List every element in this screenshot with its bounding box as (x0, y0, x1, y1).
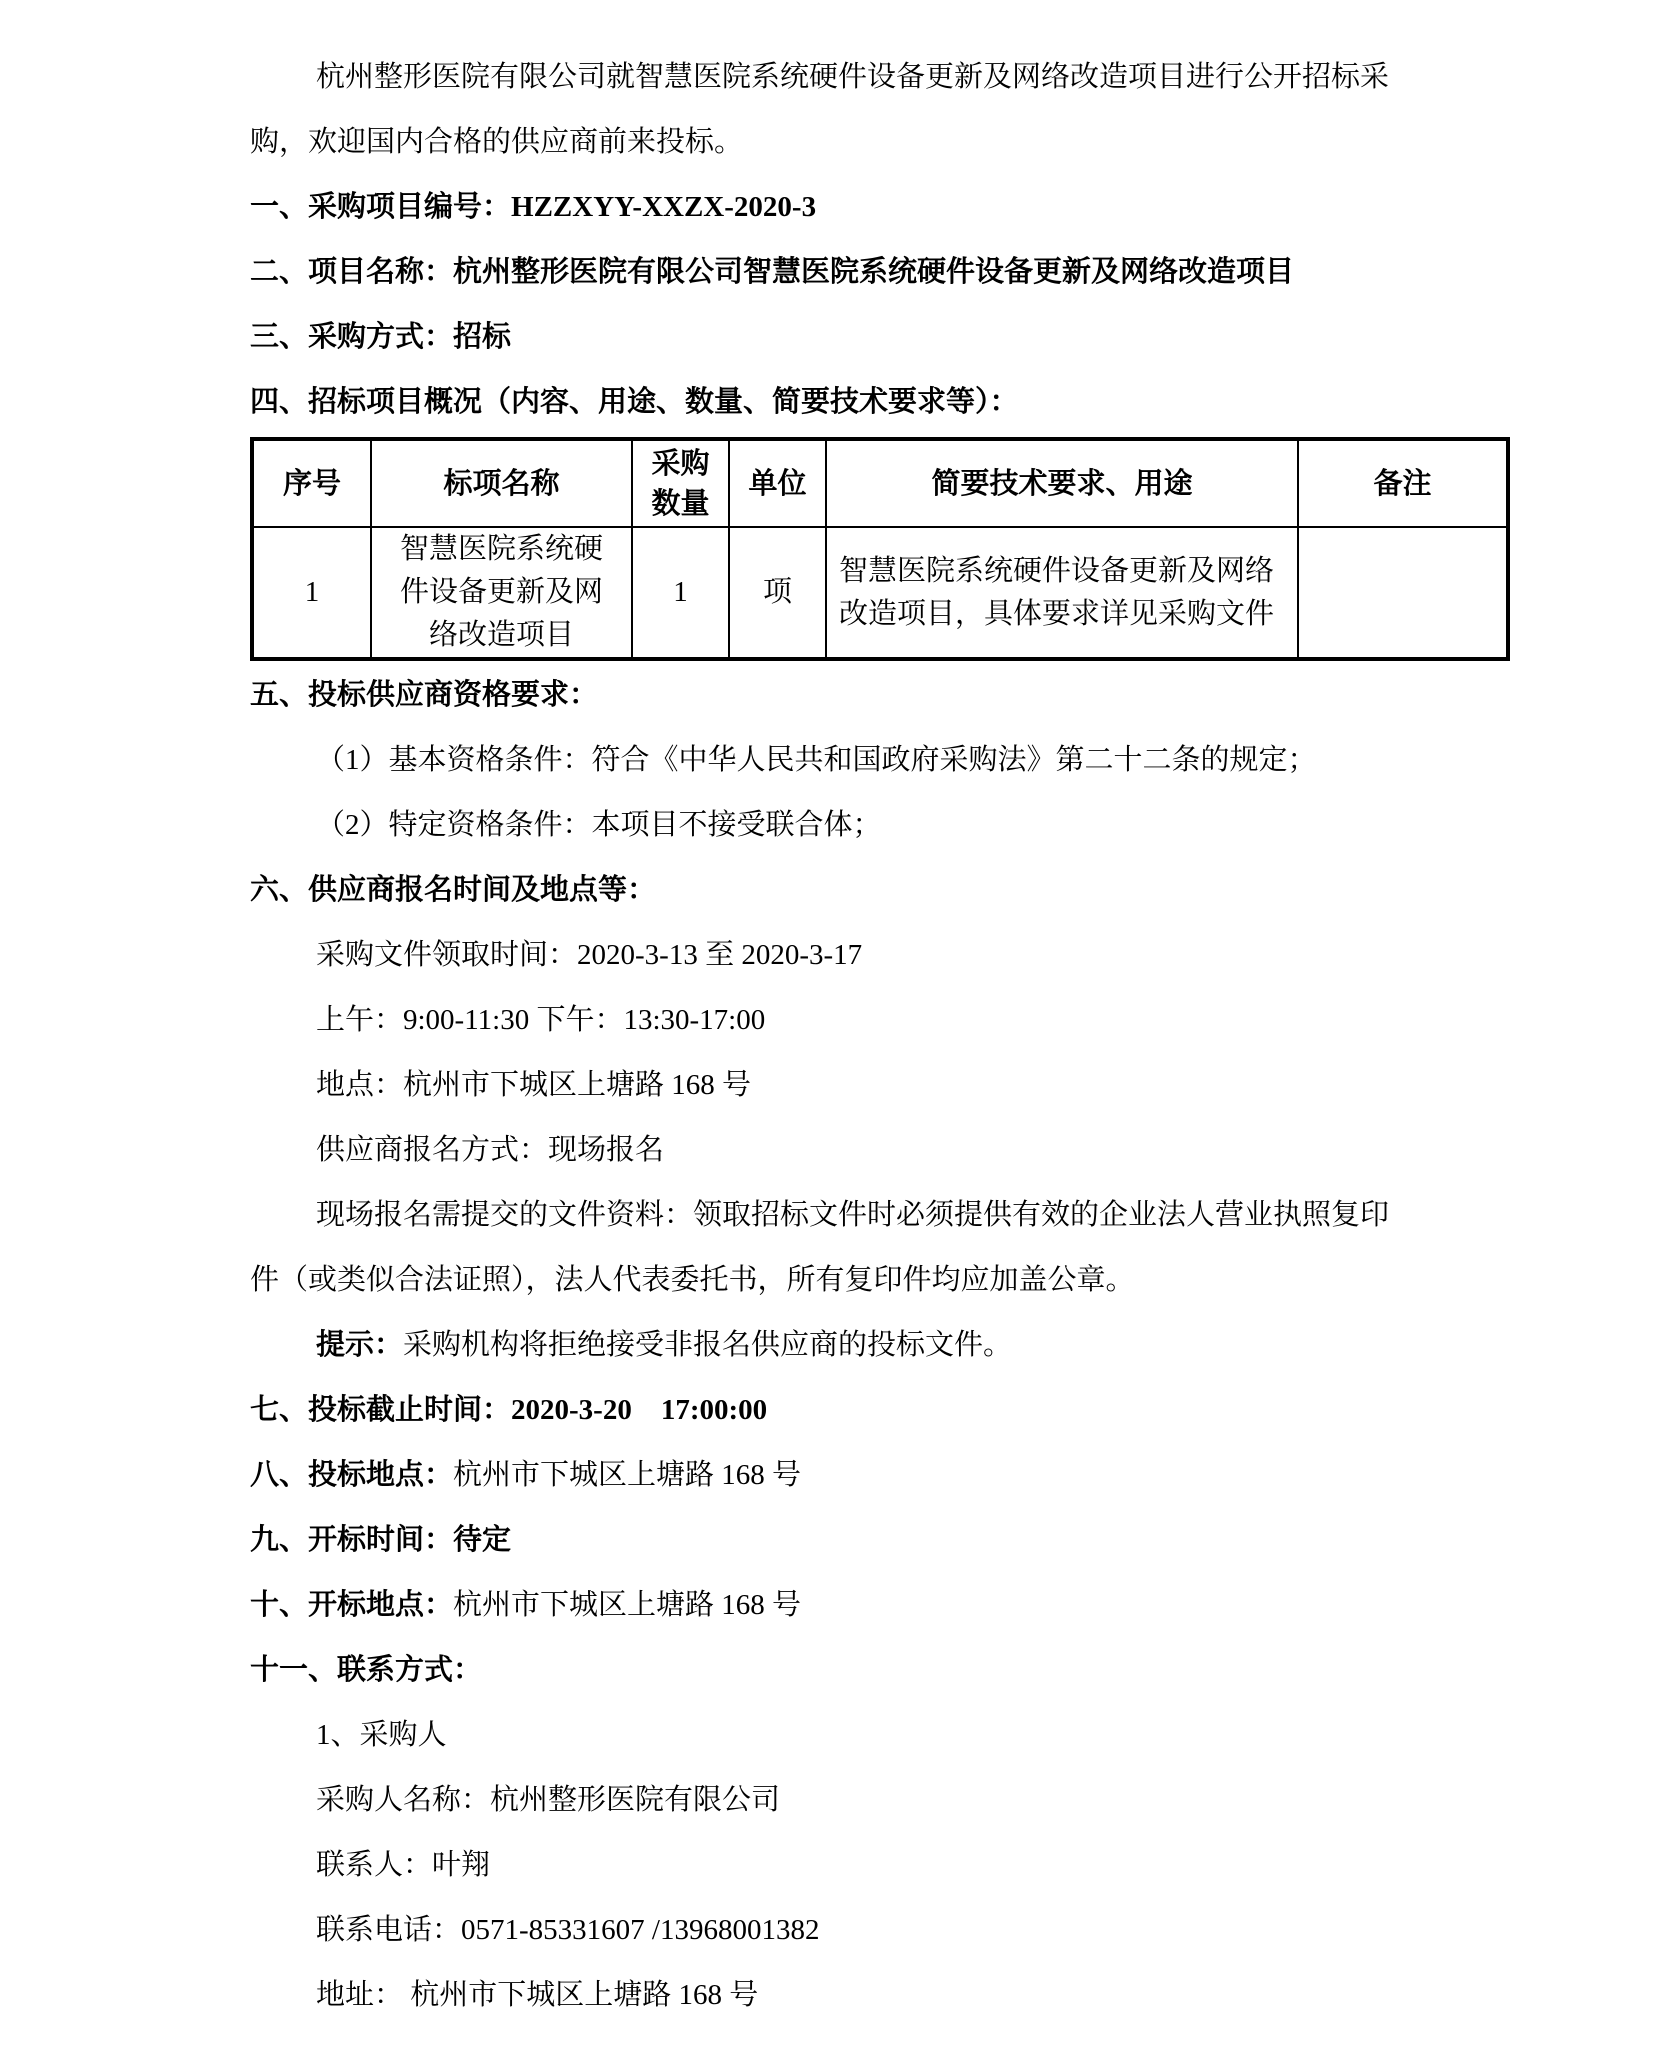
header-purchase-quantity: 采购数量 (632, 439, 729, 527)
header-unit: 单位 (729, 439, 826, 527)
opening-time-value: 待定 (453, 1524, 511, 1556)
section-bid-deadline-label: 七、投标截止时间： (250, 1394, 511, 1426)
header-serial-number: 序号 (252, 439, 371, 527)
qualification-basic: （1）基本资格条件：符合《中华人民共和国政府采购法》第二十二条的规定； (250, 728, 1514, 793)
contact-purchaser-heading: 1、采购人 (250, 1703, 1514, 1768)
bid-place-value: 杭州市下城区上塘路 168 号 (453, 1459, 801, 1491)
registration-tip: 提示：采购机构将拒绝接受非报名供应商的投标文件。 (250, 1313, 1514, 1378)
section-opening-time: 九、开标时间：待定 (250, 1508, 1514, 1573)
intro-paragraph-line-2: 购，欢迎国内合格的供应商前来投标。 (250, 110, 1514, 175)
section-procurement-method-label: 三、采购方式： (250, 321, 453, 353)
cell-serial-number: 1 (252, 527, 371, 659)
section-supplier-qualifications: 五、投标供应商资格要求： (250, 663, 1514, 728)
bid-items-table: 序号 标项名称 采购数量 单位 简要技术要求、用途 备注 1 智慧医院系统硬件设… (250, 437, 1510, 661)
section-contact-info: 十一、联系方式： (250, 1638, 1514, 1703)
opening-place-value: 杭州市下城区上塘路 168 号 (453, 1589, 801, 1621)
section-project-name: 二、项目名称：杭州整形医院有限公司智慧医院系统硬件设备更新及网络改造项目 (250, 240, 1514, 305)
collection-place: 地点：杭州市下城区上塘路 168 号 (250, 1053, 1514, 1118)
purchaser-name: 采购人名称：杭州整形医院有限公司 (250, 1768, 1514, 1833)
collection-hours: 上午：9:00-11:30 下午：13:30-17:00 (250, 988, 1514, 1053)
registration-method: 供应商报名方式：现场报名 (250, 1118, 1514, 1183)
cell-purchase-quantity: 1 (632, 527, 729, 659)
tender-announcement-page: 杭州整形医院有限公司就智慧医院系统硬件设备更新及网络改造项目进行公开招标采 购，… (0, 0, 1654, 2055)
section-opening-time-label: 九、开标时间： (250, 1524, 453, 1556)
table-row: 1 智慧医院系统硬件设备更新及网络改造项目 1 项 智慧医院系统硬件设备更新及网… (252, 527, 1508, 659)
header-item-name: 标项名称 (371, 439, 632, 527)
section-project-overview: 四、招标项目概况（内容、用途、数量、简要技术要求等）： (250, 370, 1514, 435)
cell-technical-requirements: 智慧医院系统硬件设备更新及网络改造项目，具体要求详见采购文件 (826, 527, 1298, 659)
section-project-number-label: 一、采购项目编号： (250, 191, 511, 223)
cell-unit: 项 (729, 527, 826, 659)
table-header-row: 序号 标项名称 采购数量 单位 简要技术要求、用途 备注 (252, 439, 1508, 527)
section-procurement-method: 三、采购方式：招标 (250, 305, 1514, 370)
section-bid-place: 八、投标地点：杭州市下城区上塘路 168 号 (250, 1443, 1514, 1508)
qualification-specific: （2）特定资格条件：本项目不接受联合体； (250, 793, 1514, 858)
document-collection-time: 采购文件领取时间：2020-3-13 至 2020-3-17 (250, 923, 1514, 988)
header-remarks: 备注 (1298, 439, 1508, 527)
cell-item-name: 智慧医院系统硬件设备更新及网络改造项目 (371, 527, 632, 659)
section-project-number: 一、采购项目编号：HZZXYY-XXZX-2020-3 (250, 175, 1514, 240)
section-bid-deadline: 七、投标截止时间：2020-3-20 17:00:00 (250, 1378, 1514, 1443)
registration-tip-label: 提示： (316, 1329, 403, 1361)
section-registration-time-place: 六、供应商报名时间及地点等： (250, 858, 1514, 923)
contact-person: 联系人：叶翔 (250, 1833, 1514, 1898)
section-bid-place-label: 八、投标地点： (250, 1459, 453, 1491)
procurement-method-value: 招标 (453, 321, 511, 353)
project-name-value: 杭州整形医院有限公司智慧医院系统硬件设备更新及网络改造项目 (453, 256, 1294, 288)
registration-tip-text: 采购机构将拒绝接受非报名供应商的投标文件。 (403, 1329, 1012, 1361)
contact-address: 地址： 杭州市下城区上塘路 168 号 (250, 1963, 1514, 2028)
contact-phone: 联系电话：0571-85331607 /13968001382 (250, 1898, 1514, 1963)
section-opening-place: 十、开标地点：杭州市下城区上塘路 168 号 (250, 1573, 1514, 1638)
section-project-name-label: 二、项目名称： (250, 256, 453, 288)
project-number-value: HZZXYY-XXZX-2020-3 (511, 191, 816, 223)
registration-materials-line-2: 件（或类似合法证照），法人代表委托书，所有复印件均应加盖公章。 (250, 1248, 1514, 1313)
header-technical-requirements: 简要技术要求、用途 (826, 439, 1298, 527)
registration-materials-line-1: 现场报名需提交的文件资料：领取招标文件时必须提供有效的企业法人营业执照复印 (250, 1183, 1514, 1248)
cell-remarks (1298, 527, 1508, 659)
section-opening-place-label: 十、开标地点： (250, 1589, 453, 1621)
bid-deadline-value: 2020-3-20 17:00:00 (511, 1394, 767, 1426)
intro-paragraph-line-1: 杭州整形医院有限公司就智慧医院系统硬件设备更新及网络改造项目进行公开招标采 (250, 45, 1514, 110)
